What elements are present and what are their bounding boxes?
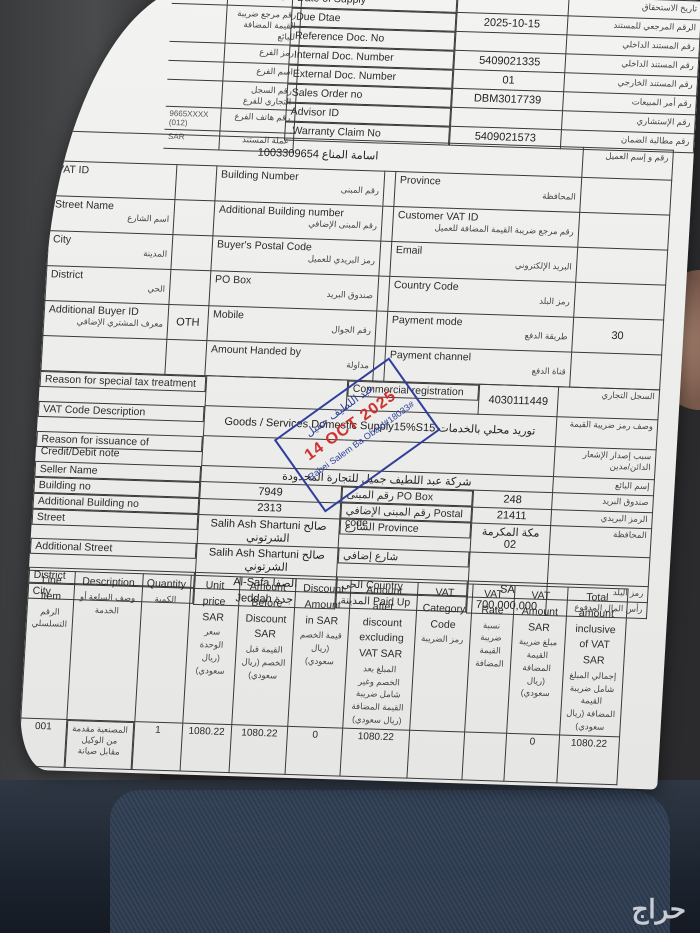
line-item-cell: المصنعية مقدمة من الوكيل مقابل صيانة [64,719,133,769]
column-header-ar: إجمالي المبلغ شامل ضريبة القيمة المضافة … [564,668,619,733]
column-header: Quantityالكمية [134,574,191,723]
line-item-cell: 0 [504,733,559,783]
haraj-watermark: حراج [632,894,686,925]
column-header: Total amount inclusive of VAT SARإجمالي … [559,587,628,736]
customer-right-label: Provinceالمحافظة [394,172,581,213]
line-items-table: Line Itemالرقم التسلسليDescriptionوصف ال… [18,570,629,786]
customer-right-label: Payment modeطريقة الدفع [386,311,573,352]
reason-special-label: Reason for special tax treatment [39,370,205,391]
line-item-cell: 0 [285,726,343,776]
line-item-cell: 001 [18,718,67,768]
customer-table: 1003309654 اسامة المناع رقم و إسم العميل… [40,130,674,390]
line-item-cell: 1080.22 [556,734,619,784]
column-header: Descriptionوصف السلعة أو الخدمة [67,572,143,721]
customer-left-value [175,165,217,201]
column-header-ar: المبلغ بعد الخصم وغير شامل ضريبة القيمة … [348,662,409,727]
header-left-value [166,79,223,108]
label-ar: الحي [50,280,165,295]
column-header-en: Unit price SAR [193,578,236,626]
vat-code-label-ar: وصف رمز ضريبة القيمة [555,417,658,450]
column-header-ar: الكمية [146,592,186,606]
column-header: Unit price SARسعر الوحدة (ريال سعودي) [182,575,240,724]
header-left-value [170,3,227,43]
customer-right-value [579,177,671,215]
customer-right-label: Customer VAT IDرقم مرجع ضريبة القيمة الم… [392,206,579,247]
seller-right-label [547,554,650,586]
customer-mid-label: Amount Handed byمداولة [205,341,375,381]
column-header-en: Amount Before Discount SAR [241,579,292,643]
column-header-en: Description [79,574,139,592]
column-header-ar: قيمة الخصم (ريال سعودي) [296,628,344,668]
column-header: Amount Before Discount SARالقيمة قبل الخ… [232,577,297,726]
customer-left-label: Cityالمدينة [47,231,173,270]
column-header-ar: القيمة قبل الخصم (ريال سعودي) [239,642,289,682]
column-header-en: Amount after discount excluding VAT SAR [351,583,413,663]
customer-label: رقم و إسم العميل [581,147,673,180]
column-header: Amount after discount excluding VAT SARا… [343,580,418,729]
column-header-en: Quantity [146,576,186,593]
seller-right-label: المحافظة [549,525,652,557]
customer-right-value [573,282,665,320]
column-header-ar: الرقم التسلسلي [30,604,68,631]
column-header-ar: رمز الضريبة [419,632,466,646]
customer-mid-label: PO Boxصندوق البريد [209,271,379,311]
customer-left-value [169,269,211,305]
customer-left-value [165,339,207,375]
line-item-cell: 1080.22 [340,728,409,779]
label-en: VAT ID [57,163,172,179]
customer-right-value [575,247,667,285]
column-header-en: VAT Amount SAR [517,588,563,637]
seller-mid-value [468,552,549,583]
customer-left-value [171,235,213,271]
label-en [47,338,162,342]
label-ar [47,338,162,342]
column-header-ar: وصف السلعة أو الخدمة [77,590,137,617]
column-header-en: VAT Category Code [420,585,469,634]
line-item-cell [407,730,465,780]
header-left-value: 9665XXXX (012) [164,106,220,131]
commercial-reg-value: 4030111449 [478,384,559,416]
customer-left-value [173,200,215,236]
customer-left-label: VAT ID [51,161,177,200]
customer-mid-label: Additional Building numberرقم المبنى الإ… [213,201,383,241]
column-header: Discount Amount in SARقيمة الخصم (ريال س… [288,579,351,728]
customer-right-value: 30 [571,317,663,355]
column-header: VAT Amount SARمبلغ ضريبة القيمة المضافة … [507,585,568,734]
header-left-row: رقم السجل التجاري للفرع [166,79,297,110]
header-left-value [168,41,224,62]
seller-mid-label: شارع إضافي [338,547,470,567]
customer-left-label: Districtالحي [45,266,171,305]
seller-mid-label: الشارع Province [339,518,471,538]
line-item-cell: 1 [132,721,183,771]
label-ar: اسم الشارع [54,210,169,225]
header-left-value [167,60,223,81]
label-ar: معرف المشتري الإضافي [48,315,163,330]
header-fields-table: Date of Supplyتاريخ الاستحقاقDue Dtae202… [284,0,700,153]
column-header-ar: نسبة ضريبة القيمة المضافة [473,618,509,670]
column-header-en: VAT Rate [475,587,510,619]
column-header-ar: مبلغ ضريبة القيمة المضافة (ريال سعودي) [513,635,560,700]
customer-right-label: Emailالبريد الإلكتروني [390,241,577,282]
customer-mid-label: Buyer's Postal Codeرمز البريدي للعميل [211,236,381,276]
customer-left-label: Additional Buyer IDمعرف المشتري الإضافي [43,301,169,340]
label-ar: المدينة [52,245,167,260]
seller-field-value: Salih Ash Shartuni صالح الشرتوني [195,543,338,576]
line-item-cell: 1080.22 [180,723,232,773]
column-header: VAT Category Codeرمز الضريبة [409,582,473,731]
seller-field-value: Salih Ash Shartuni صالح الشرتوني [197,514,340,547]
customer-right-value [569,352,661,390]
commercial-reg-label-ar: السجل التجاري [557,387,660,420]
customer-right-value [577,212,669,250]
line-item-cell: 1080.22 [229,724,288,774]
invoice-paper: اسم البائعرقم مرجع ضريبة القيمة المضافة … [17,0,700,790]
header-left-table: اسم البائعرقم مرجع ضريبة القيمة المضافة … [163,0,302,153]
line-item-cell [462,731,507,781]
customer-left-label [41,336,167,375]
reason-credit-label-ar: سبب إصدار الإشعار الدائن/مدين [553,447,656,480]
customer-right-label: Country Codeرمز البلد [388,276,575,317]
customer-left-label: Street Nameاسم الشارع [49,196,175,235]
jeans-fabric [110,790,670,933]
customer-mid-label: Mobileرقم الجوال [207,306,377,346]
header-left-row: رقم مرجع ضريبة القيمة المضافة للبائع [170,3,302,45]
column-header-en: Line Item [32,573,71,606]
column-header-en: Discount Amount in SAR [298,581,347,630]
customer-left-value: OTH [167,304,209,340]
seller-mid-value: مكة المكرمة 02 [470,523,551,554]
column-header-ar: سعر الوحدة (ريال سعودي) [190,625,233,677]
column-header-en: Total amount inclusive of VAT SAR [568,590,624,670]
customer-mid-label: Building Numberرقم المبنى [215,166,385,206]
